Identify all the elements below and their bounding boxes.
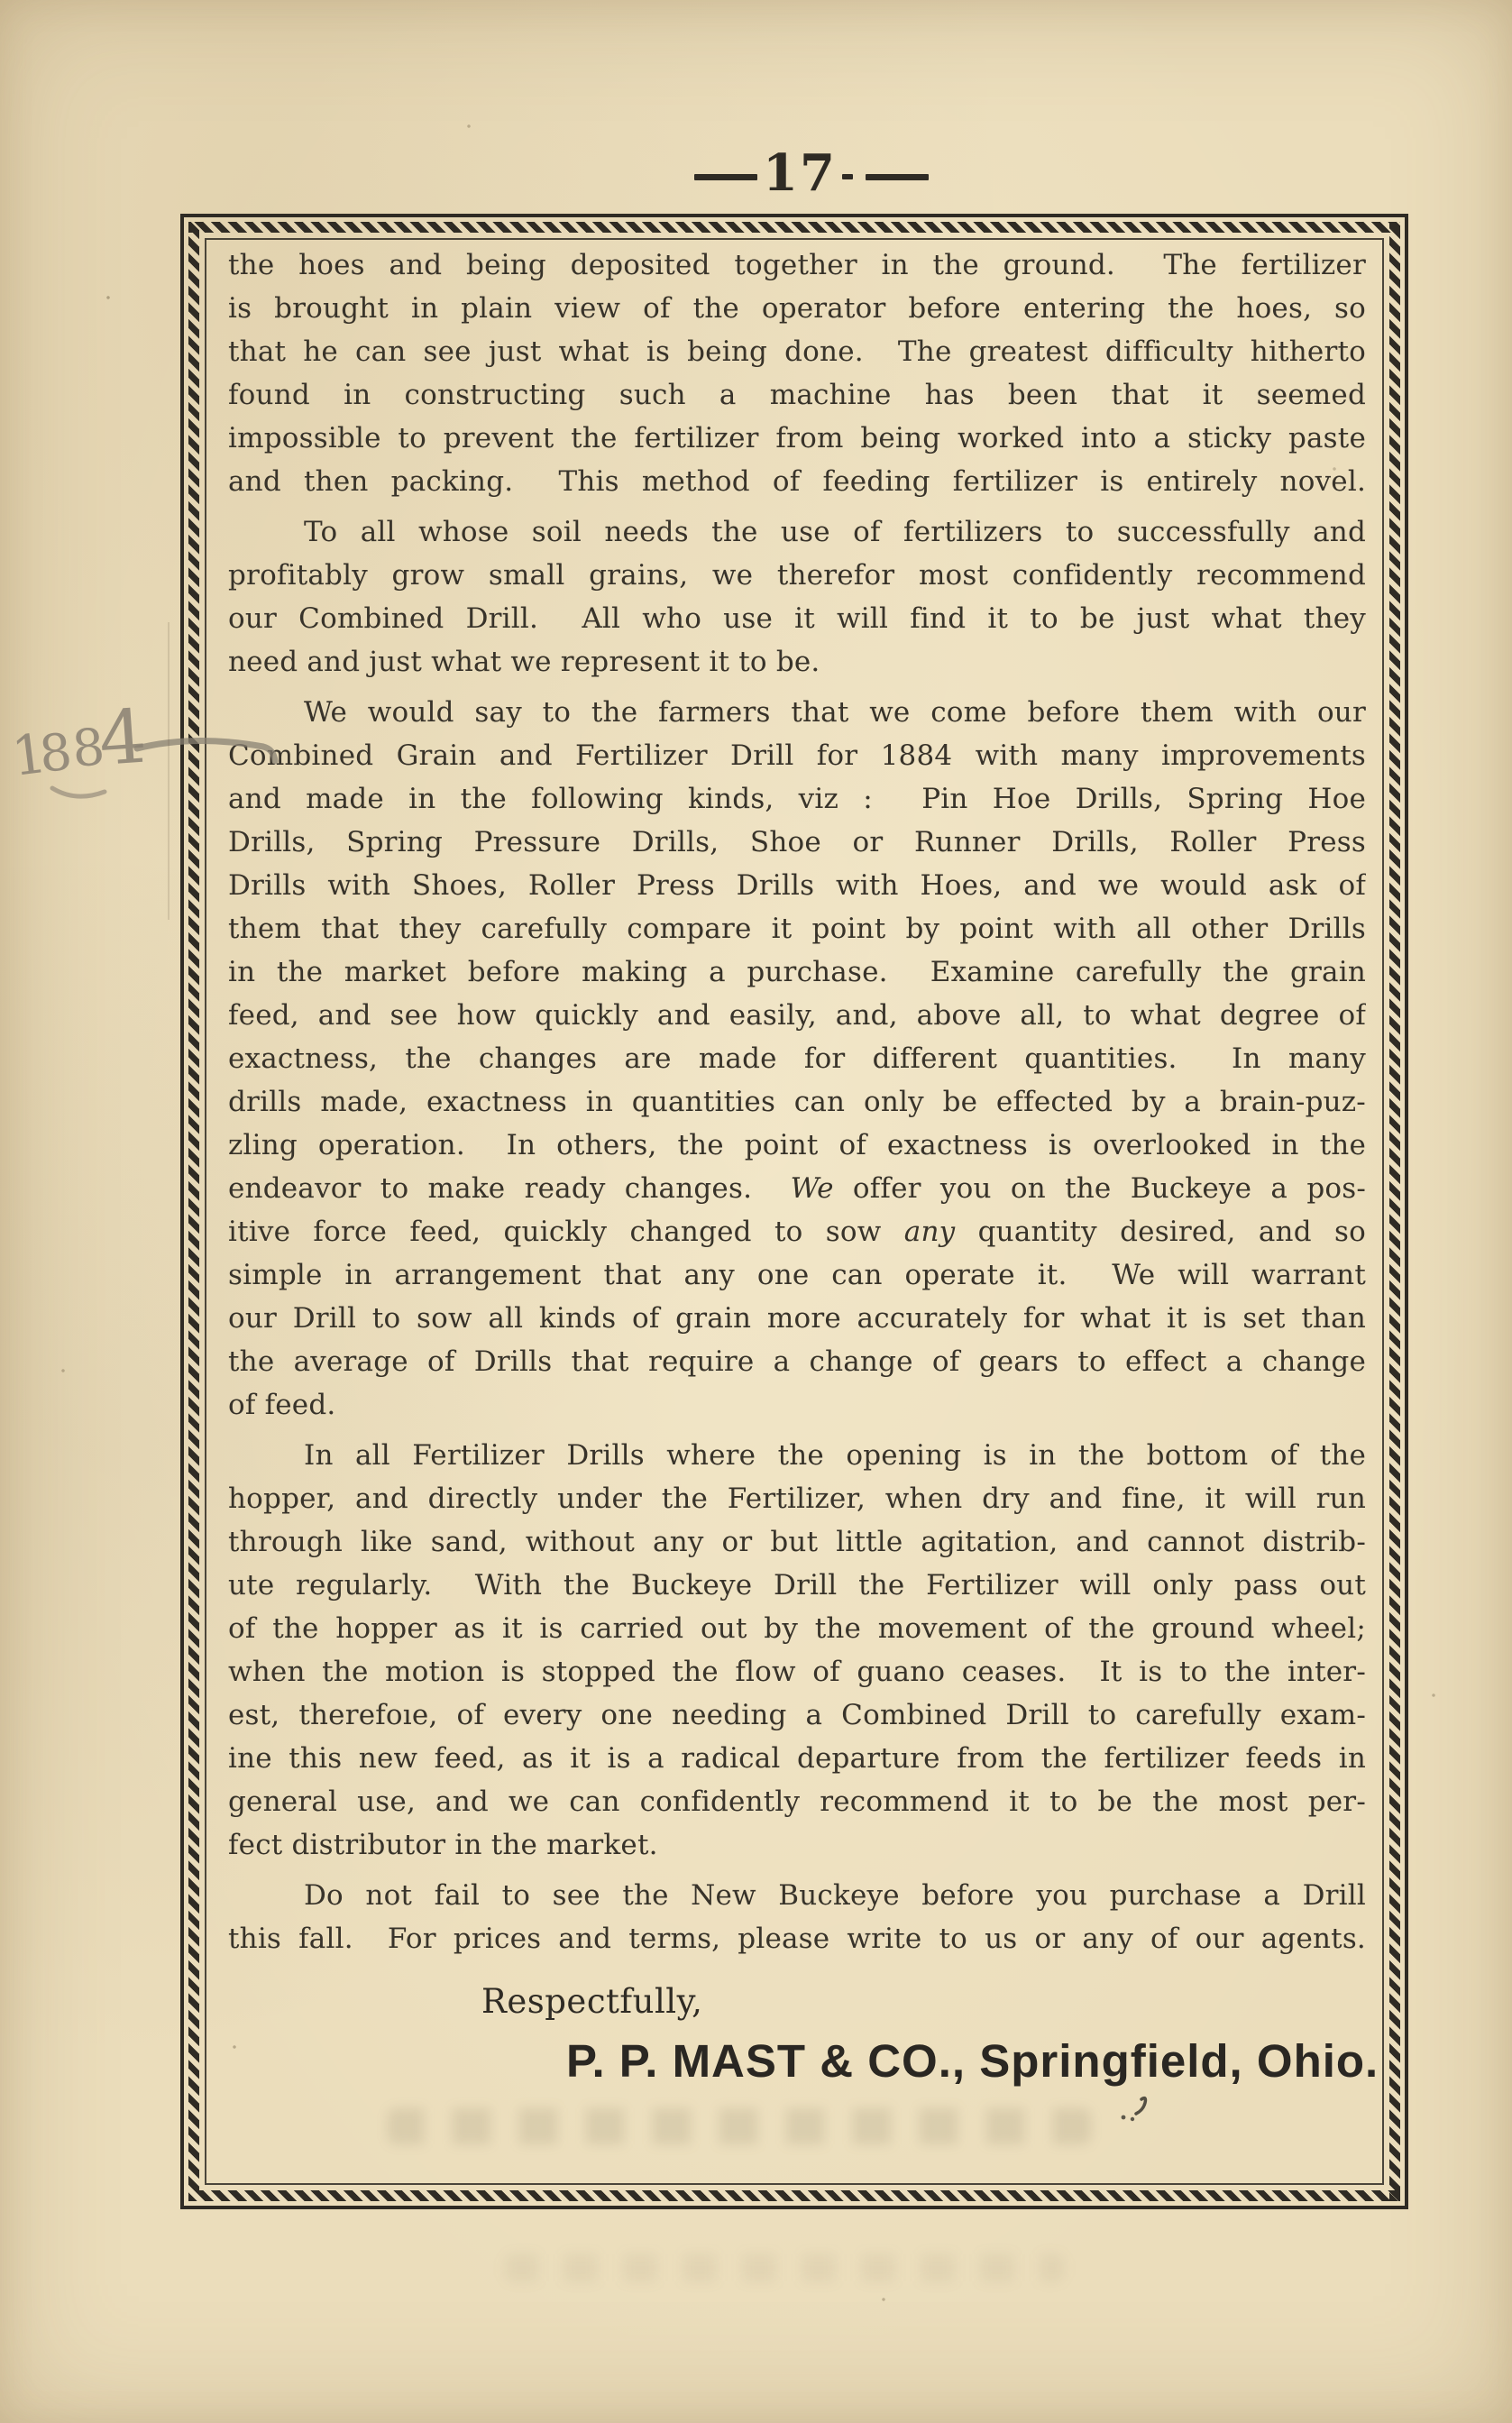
text-line: zling operation. In others, the point of… — [228, 1124, 1366, 1167]
text-line: found in constructing such a machine has… — [228, 373, 1366, 417]
rope-border-bottom — [188, 2190, 1400, 2201]
rope-border-right — [1389, 222, 1400, 2201]
text-line: Do not fail to see the New Buckeye befor… — [228, 1874, 1366, 1917]
pencil-underline-curl — [52, 788, 105, 796]
page-number-text: 17 — [763, 148, 837, 198]
text-line: Combined Grain and Fertilizer Drill for … — [228, 734, 1366, 777]
body-text: the hoes and being deposited together in… — [228, 243, 1366, 1968]
page-number-tick-dash — [842, 174, 853, 179]
text-line: need and just what we represent it to be… — [228, 640, 1366, 684]
text-line: Drills with Shoes, Roller Press Drills w… — [228, 864, 1366, 907]
paragraph: In all Fertilizer Drills where the openi… — [228, 1434, 1366, 1867]
text-line: in the market before making a purchase. … — [228, 950, 1366, 994]
text-line: In all Fertilizer Drills where the openi… — [228, 1434, 1366, 1477]
rope-border-left — [188, 222, 199, 2201]
pencil-digit: 1 — [8, 722, 50, 789]
text-line: this fall. For prices and terms, please … — [228, 1917, 1366, 1960]
text-line: endeavor to make ready changes. We offer… — [228, 1167, 1366, 1210]
text-line: is brought in plain view of the operator… — [228, 287, 1366, 330]
text-line: and made in the following kinds, viz : P… — [228, 777, 1366, 821]
text-line: hopper, and directly under the Fertilize… — [228, 1477, 1366, 1520]
text-line: Drills, Spring Pressure Drills, Shoe or … — [228, 821, 1366, 864]
text-line: them that they carefully compare it poin… — [228, 907, 1366, 950]
text-line: and then packing. This method of feeding… — [228, 460, 1366, 503]
page-number: 17 — [694, 151, 929, 202]
page-number-left-dash — [694, 174, 757, 180]
ink-blot-mark — [1111, 2094, 1165, 2130]
text-line: simple in arrangement that any one can o… — [228, 1253, 1366, 1297]
text-line: the average of Drills that require a cha… — [228, 1340, 1366, 1383]
text-line: the hoes and being deposited together in… — [228, 243, 1366, 287]
text-line: exactness, the changes are made for diff… — [228, 1037, 1366, 1080]
pencil-digit: 8 — [70, 718, 107, 779]
paragraph: Do not fail to see the New Buckeye befor… — [228, 1874, 1366, 1960]
text-line: To all whose soil needs the use of ferti… — [228, 510, 1366, 554]
show-through-ghost-text — [505, 2254, 1064, 2281]
text-line: general use, and we can confidently reco… — [228, 1780, 1366, 1823]
text-line: We would say to the farmers that we come… — [228, 691, 1366, 734]
page-number-right-dash — [866, 174, 929, 180]
pencil-digit: 8 — [37, 723, 75, 785]
show-through-ghost-text — [388, 2108, 1091, 2144]
paper-crease — [168, 622, 170, 920]
pencil-digit: 4 — [96, 694, 150, 783]
text-line: of the hopper as it is carried out by th… — [228, 1607, 1366, 1650]
text-line: through like sand, without any or but li… — [228, 1520, 1366, 1564]
text-line: our Drill to sow all kinds of grain more… — [228, 1297, 1366, 1340]
text-line: of feed. — [228, 1383, 1366, 1427]
text-line: impossible to prevent the fertilizer fro… — [228, 417, 1366, 460]
paragraph: To all whose soil needs the use of ferti… — [228, 510, 1366, 684]
paragraph: the hoes and being deposited together in… — [228, 243, 1366, 503]
text-line: that he can see just what is being done.… — [228, 330, 1366, 373]
text-line: feed, and see how quickly and easily, an… — [228, 994, 1366, 1037]
text-line: itive force feed, quickly changed to sow… — [228, 1210, 1366, 1253]
company-signature: P. P. MAST & CO., Springfield, Ohio. — [566, 2034, 1379, 2088]
rope-border-top — [188, 222, 1400, 233]
text-line: fect distributor in the market. — [228, 1823, 1366, 1867]
text-line: when the motion is stopped the flow of g… — [228, 1650, 1366, 1693]
closing-respectfully: Respectfully, — [481, 1982, 702, 2021]
text-line: ine this new feed, as it is a radical de… — [228, 1737, 1366, 1780]
text-line: est, therefoıe, of every one needing a C… — [228, 1693, 1366, 1737]
text-line: ute regularly. With the Buckeye Drill th… — [228, 1564, 1366, 1607]
text-line: drills made, exactness in quantities can… — [228, 1080, 1366, 1124]
paragraph: We would say to the farmers that we come… — [228, 691, 1366, 1427]
text-line: profitably grow small grains, we therefo… — [228, 554, 1366, 597]
text-line: our Combined Drill. All who use it will … — [228, 597, 1366, 640]
